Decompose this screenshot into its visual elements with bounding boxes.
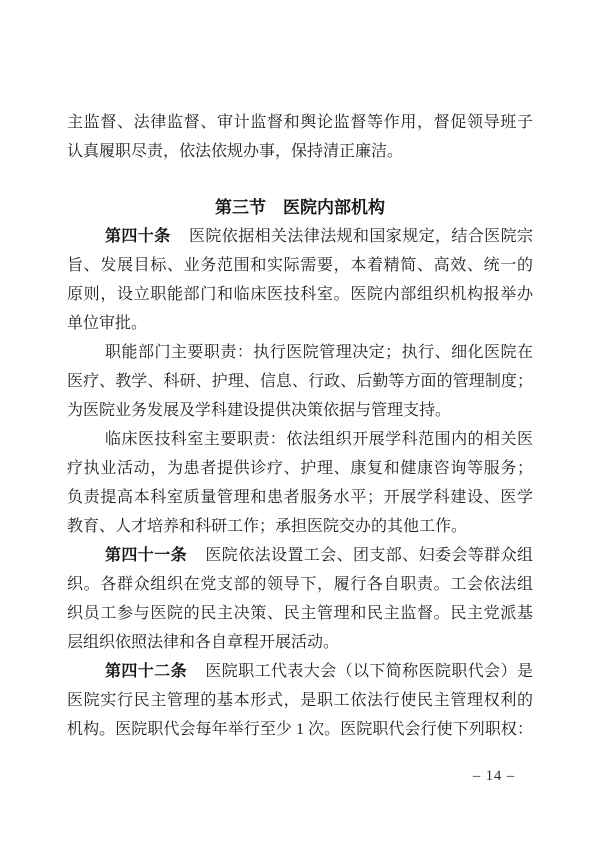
- body-line: 第四十条 医院依据相关法律法规和国家规定，结合医院宗: [67, 222, 533, 251]
- body-line: 职能部门主要职责：执行医院管理决定；执行、细化医院在: [67, 338, 533, 367]
- body-line-text: 医院职工代表大会（以下简称医院职代会）是: [189, 663, 533, 680]
- body-line-text: 旨、发展目标、业务范围和实际需要，本着精简、高效、统一的: [67, 257, 533, 274]
- body-line: 认真履职尽责，依法依规办事，保持清正廉洁。: [67, 137, 533, 166]
- article-number: 第四十一条: [105, 547, 187, 564]
- body-line: 疗执业活动，为患者提供诊疗、护理、康复和健康咨询等服务；: [67, 454, 533, 483]
- body-line: 旨、发展目标、业务范围和实际需要，本着精简、高效、统一的: [67, 251, 533, 280]
- article-number: 第四十条: [105, 228, 171, 245]
- body-line-text: 机构。医院职代会每年举行至少 1 次。医院职代会行使下列职权：: [67, 721, 533, 738]
- body-line-text: 为医院业务发展及学科建设提供决策依据与管理支持。: [67, 402, 451, 419]
- body-line: 织。各群众组织在党支部的领导下，履行各自职责。工会依法组: [67, 570, 533, 599]
- article-number: 第四十二条: [105, 663, 187, 680]
- body-line-text: 医院依法设置工会、团支部、妇委会等群众组: [189, 547, 533, 564]
- body-line-text: 负责提高本科室质量管理和患者服务水平；开展学科建设、医学: [67, 489, 533, 506]
- body-line: 临床医技科室主要职责：依法组织开展学科范围内的相关医: [67, 425, 533, 454]
- document-body: 主监督、法律监督、审计监督和舆论监督等作用，督促领导班子 认真履职尽责，依法依规…: [67, 108, 533, 744]
- body-line: 织员工参与医院的民主决策、民主管理和民主监督。民主党派基: [67, 599, 533, 628]
- body-line: 单位审批。: [67, 309, 533, 338]
- body-line-text: 教育、人才培养和科研工作；承担医院交办的其他工作。: [67, 518, 467, 535]
- body-line: 为医院业务发展及学科建设提供决策依据与管理支持。: [67, 396, 533, 425]
- body-line: 第四十一条 医院依法设置工会、团支部、妇委会等群众组: [67, 541, 533, 570]
- body-line: 层组织依照法律和各自章程开展活动。: [67, 628, 533, 657]
- body-line: 主监督、法律监督、审计监督和舆论监督等作用，督促领导班子: [67, 108, 533, 137]
- body-line: 机构。医院职代会每年举行至少 1 次。医院职代会行使下列职权：: [67, 715, 533, 744]
- body-line: 原则，设立职能部门和临床医技科室。医院内部组织机构报举办: [67, 280, 533, 309]
- body-line-text: 织。各群众组织在党支部的领导下，履行各自职责。工会依法组: [67, 576, 533, 593]
- page-number: – 14 –: [461, 766, 527, 786]
- body-line: 第四十二条 医院职工代表大会（以下简称医院职代会）是: [67, 657, 533, 686]
- body-line-text: 临床医技科室主要职责：依法组织开展学科范围内的相关医: [105, 431, 533, 448]
- body-line: 医疗、教学、科研、护理、信息、行政、后勤等方面的管理制度；: [67, 367, 533, 396]
- body-line-text: 单位审批。: [67, 315, 147, 332]
- body-line-text: 疗执业活动，为患者提供诊疗、护理、康复和健康咨询等服务；: [67, 460, 533, 477]
- document-page: 主监督、法律监督、审计监督和舆论监督等作用，督促领导班子 认真履职尽责，依法依规…: [0, 0, 600, 848]
- body-line-text: 职能部门主要职责：执行医院管理决定；执行、细化医院在: [105, 344, 533, 361]
- body-line: 负责提高本科室质量管理和患者服务水平；开展学科建设、医学: [67, 483, 533, 512]
- body-line-text: 医院依据相关法律法规和国家规定，结合医院宗: [173, 228, 533, 245]
- body-line-text: 层组织依照法律和各自章程开展活动。: [67, 634, 339, 651]
- body-line-text: 医疗、教学、科研、护理、信息、行政、后勤等方面的管理制度；: [67, 373, 533, 390]
- body-line-text: 原则，设立职能部门和临床医技科室。医院内部组织机构报举办: [67, 286, 533, 303]
- body-line: 医院实行民主管理的基本形式，是职工依法行使民主管理权利的: [67, 686, 533, 715]
- section-heading: 第三节 医院内部机构: [67, 193, 533, 222]
- body-line-text: 医院实行民主管理的基本形式，是职工依法行使民主管理权利的: [67, 692, 533, 709]
- body-line-text: 认真履职尽责，依法依规办事，保持清正廉洁。: [67, 143, 403, 160]
- body-line-text: 织员工参与医院的民主决策、民主管理和民主监督。民主党派基: [67, 605, 533, 622]
- body-line: 教育、人才培养和科研工作；承担医院交办的其他工作。: [67, 512, 533, 541]
- body-line-text: 主监督、法律监督、审计监督和舆论监督等作用，督促领导班子: [67, 114, 533, 131]
